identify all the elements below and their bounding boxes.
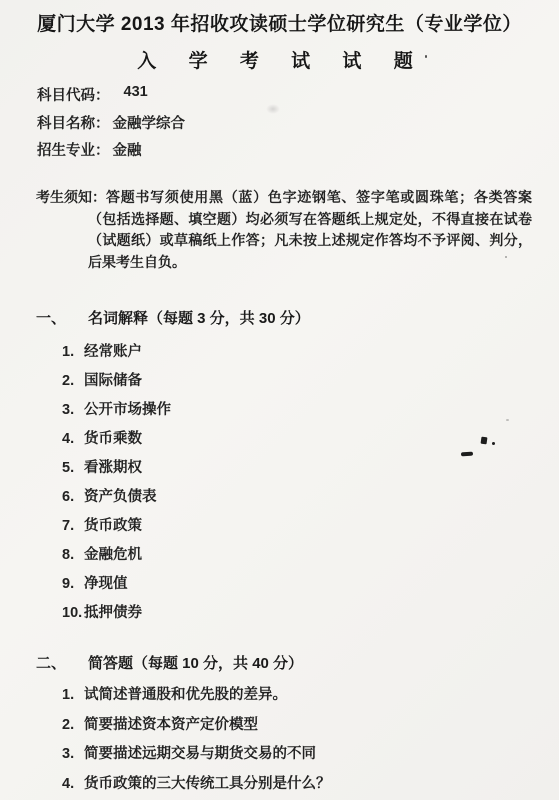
question-item: 9.净现值 bbox=[62, 577, 310, 592]
section-2-number: 二、 bbox=[36, 652, 88, 673]
subject-meta: 科目代码： 431 科目名称： 金融学综合 招生专业： 金融 bbox=[37, 84, 185, 167]
subject-name-label: 科目名称： bbox=[37, 112, 110, 133]
question-number: 3. bbox=[62, 403, 84, 418]
exam-title-line2: 入 学 考 试 试 题 bbox=[0, 46, 559, 73]
notice-text: 答题书写须使用黑（蓝）色字迹钢笔、签字笔或圆珠笔；各类答案（包括选择题、填空题）… bbox=[36, 187, 532, 273]
exam-title-line1: 厦门大学 2013 年招收攻读硕士学位研究生（专业学位） bbox=[0, 9, 559, 36]
section-1-number: 一、 bbox=[36, 307, 88, 328]
scan-speck bbox=[505, 256, 507, 258]
question-number: 1. bbox=[62, 345, 84, 360]
question-number: 7. bbox=[62, 519, 84, 534]
question-number: 8. bbox=[62, 548, 84, 563]
question-item: 3.公开市场操作 bbox=[62, 403, 310, 418]
question-text: 看涨期权 bbox=[84, 461, 142, 476]
question-number: 5. bbox=[62, 461, 84, 476]
question-text: 简要描述资本资产定价模型 bbox=[84, 718, 258, 733]
question-number: 2. bbox=[62, 374, 84, 389]
question-number: 4. bbox=[62, 777, 84, 792]
section-2-question-list: 1.试简述普通股和优先股的差异。 2.简要描述资本资产定价模型 3.简要描述远期… bbox=[62, 688, 331, 792]
question-text: 资产负债表 bbox=[84, 490, 157, 505]
scan-smudge bbox=[266, 104, 280, 114]
question-text: 净现值 bbox=[84, 577, 128, 592]
section-2-header: 二、 简答题（每题 10 分，共 40 分） bbox=[36, 652, 331, 673]
question-item: 3.简要描述远期交易与期货交易的不同 bbox=[62, 747, 331, 762]
question-item: 2.国际储备 bbox=[62, 374, 310, 389]
section-1-header: 一、 名词解释（每题 3 分，共 30 分） bbox=[36, 307, 310, 328]
question-number: 6. bbox=[62, 490, 84, 505]
question-number: 10. bbox=[62, 606, 84, 621]
question-item: 7.货币政策 bbox=[62, 519, 310, 534]
subject-code-label: 科目代码： bbox=[37, 84, 110, 105]
question-item: 5.看涨期权 bbox=[62, 461, 310, 476]
major-value: 金融 bbox=[113, 139, 142, 160]
question-number: 1. bbox=[62, 688, 84, 703]
question-number: 4. bbox=[62, 432, 84, 447]
notice-label: 考生须知： bbox=[36, 187, 106, 209]
question-text: 货币政策 bbox=[84, 519, 142, 534]
question-item: 10.抵押债券 bbox=[62, 606, 310, 621]
scan-speck bbox=[425, 55, 427, 58]
question-number: 2. bbox=[62, 718, 84, 733]
section-1-question-list: 1.经常账户 2.国际储备 3.公开市场操作 4.货币乘数 5.看涨期权 6.资… bbox=[62, 345, 310, 621]
scan-speck bbox=[481, 437, 488, 445]
question-text: 抵押债券 bbox=[84, 606, 142, 621]
question-text: 简要描述远期交易与期货交易的不同 bbox=[84, 747, 316, 762]
question-item: 1.试简述普通股和优先股的差异。 bbox=[62, 688, 331, 703]
subject-code-value: 431 bbox=[124, 84, 148, 100]
question-number: 9. bbox=[62, 577, 84, 592]
subject-code-row: 科目代码： 431 bbox=[37, 84, 185, 112]
question-number: 3. bbox=[62, 747, 84, 762]
section-2-title: 简答题（每题 10 分，共 40 分） bbox=[88, 652, 331, 673]
examinee-notice: 考生须知： 答题书写须使用黑（蓝）色字迹钢笔、签字笔或圆珠笔；各类答案（包括选择… bbox=[36, 187, 532, 273]
question-item: 6.资产负债表 bbox=[62, 490, 310, 505]
question-text: 试简述普通股和优先股的差异。 bbox=[84, 688, 287, 703]
scan-speck bbox=[461, 452, 473, 457]
question-item: 2.简要描述资本资产定价模型 bbox=[62, 718, 331, 733]
scan-speck bbox=[492, 442, 495, 445]
question-text: 金融危机 bbox=[84, 548, 142, 563]
question-text: 国际储备 bbox=[84, 374, 142, 389]
question-item: 4.货币政策的三大传统工具分别是什么？ bbox=[62, 777, 331, 792]
question-text: 货币政策的三大传统工具分别是什么？ bbox=[84, 777, 331, 792]
question-item: 8.金融危机 bbox=[62, 548, 310, 563]
major-label: 招生专业： bbox=[37, 139, 110, 160]
question-text: 经常账户 bbox=[84, 345, 142, 360]
section-1-title: 名词解释（每题 3 分，共 30 分） bbox=[88, 307, 310, 328]
question-item: 1.经常账户 bbox=[62, 345, 310, 360]
subject-name-row: 科目名称： 金融学综合 bbox=[37, 112, 185, 140]
question-text: 货币乘数 bbox=[84, 432, 142, 447]
question-text: 公开市场操作 bbox=[84, 403, 171, 418]
question-item: 4.货币乘数 bbox=[62, 432, 310, 447]
scan-speck bbox=[506, 419, 509, 421]
exam-paper-page: 厦门大学 2013 年招收攻读硕士学位研究生（专业学位） 入 学 考 试 试 题… bbox=[0, 0, 559, 800]
major-row: 招生专业： 金融 bbox=[37, 139, 185, 167]
subject-name-value: 金融学综合 bbox=[113, 112, 186, 133]
section-short-answer: 二、 简答题（每题 10 分，共 40 分） 1.试简述普通股和优先股的差异。 … bbox=[36, 652, 331, 800]
section-term-definitions: 一、 名词解释（每题 3 分，共 30 分） 1.经常账户 2.国际储备 3.公… bbox=[36, 307, 310, 635]
